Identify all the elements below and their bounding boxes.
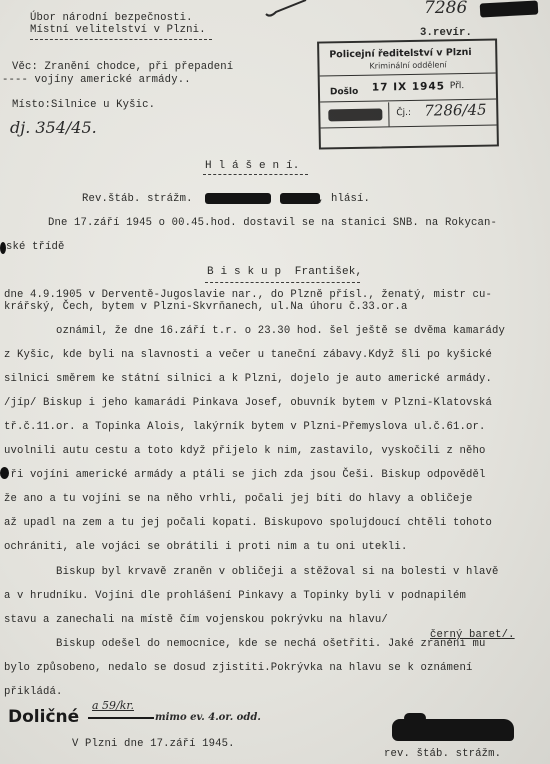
body-line: že ano a tu vojíni se na něho vrhli, poč… xyxy=(4,493,473,505)
attachment-label: Doličné xyxy=(8,707,79,727)
stamp-subtitle: Kriminální oddělení xyxy=(369,60,446,70)
stamp-received-label: Došlo xyxy=(330,87,358,97)
arrival-line-2: ské třídě xyxy=(6,241,65,253)
attachment-underline xyxy=(88,717,154,719)
attachment-note: mimo ev. 4.or. odd. xyxy=(155,712,261,723)
place-line: Místo:Silnice u Kyšic. xyxy=(12,99,155,111)
office-name: Úbor národní bezpečnosti. xyxy=(30,12,193,24)
body-line: tř.č.11.or. a Topinka Alois, lakýrník by… xyxy=(4,421,486,433)
subject-line1: Zranění chodce, při přepadení xyxy=(45,61,234,73)
signature-title: rev. štáb. strážm. xyxy=(384,748,501,760)
attachment-handwritten: a 59/kr. xyxy=(92,699,134,712)
body-line: z Kyšic, kde byli na slavnosti a večer u… xyxy=(4,349,492,361)
body-line: ři vojíni americké armády a ptáli se jic… xyxy=(4,469,486,481)
body-line: Biskup byl krvavě zraněn v obličeji a st… xyxy=(4,566,499,578)
body-line: bylo způsobeno, nedalo se dosud zjistiti… xyxy=(4,662,473,674)
stamp-received-date: 17 IX 1945 xyxy=(372,80,445,93)
body-line: stavu a zanechali na místě čím vojenskou… xyxy=(4,614,388,626)
person-name: B i s k u p František, xyxy=(207,266,362,278)
reporter-suffix: , hlásí. xyxy=(318,193,370,205)
stamp-redaction xyxy=(328,108,382,121)
body-line: ochrániti, ale vojáci se obrátili i prot… xyxy=(4,541,407,553)
reporter-prefix: Rev.štáb. strážm. xyxy=(82,193,193,205)
office-branch: Místní velitelství v Plzni. xyxy=(30,24,206,36)
body-line: oznámil, že dne 16.září t.r. o 23.30 hod… xyxy=(4,325,505,337)
person-name-underline xyxy=(205,282,360,283)
body-line: Biskup odešel do nemocnice, kde se nechá… xyxy=(4,638,486,650)
arrival-line-1: Dne 17.září 1945 o 00.45.hod. dostavil s… xyxy=(48,217,497,229)
body-line: až upadl na zem a tu jej počali kopati. … xyxy=(4,517,492,529)
stamp-number-label: Čj.: xyxy=(396,108,411,118)
underlined-beret: černý baret/. xyxy=(430,629,515,641)
body-line: přikládá. xyxy=(4,686,63,698)
subject-label-text: Věc: xyxy=(12,61,38,73)
reporter-surname-redaction xyxy=(280,193,320,204)
subject-line2: ---- vojíny americké armády.. xyxy=(2,74,191,86)
header-rule xyxy=(30,39,212,40)
stamp-attachment-label: Přl. xyxy=(450,81,465,91)
redaction-mark xyxy=(480,0,539,17)
checkmark-icon xyxy=(262,0,312,20)
reporter-name-redaction xyxy=(205,193,271,204)
body-line: silnici směrem ke státní silnici a k Plz… xyxy=(4,373,492,385)
scanned-document: Úbor národní bezpečnosti. Místní velitel… xyxy=(0,0,550,764)
stamp-number-value: 7286/45 xyxy=(424,101,487,120)
received-stamp: Policejní ředitelství v Plzni Kriminální… xyxy=(317,38,499,149)
place-and-date: V Plzni dne 17.září 1945. xyxy=(72,738,235,750)
district-label: 3.revír. xyxy=(420,27,472,39)
body-line: uvolnili autu cestu a toto když přijelo … xyxy=(4,445,486,457)
body-line: a v hrudníku. Vojíni dle prohlášení Pink… xyxy=(4,590,466,602)
stamp-title: Policejní ředitelství v Plzni xyxy=(329,47,471,60)
person-details-1: dne 4.9.1905 v Derventě-Jugoslavie nar.,… xyxy=(4,289,492,301)
title-underline xyxy=(203,174,308,175)
person-details-2: krářský, Čech, bytem v Plzni-Skvrňanech,… xyxy=(4,301,407,313)
punch-hole-mark-2 xyxy=(0,467,9,479)
signature-redaction-top xyxy=(404,713,426,723)
body-line: /jíp/ Biskup i jeho kamarádi Pinkava Jos… xyxy=(4,397,492,409)
handwritten-file-ref: dj. 354/45. xyxy=(10,118,97,137)
subject-label: Věc: Zranění chodce, při přepadení xyxy=(12,61,233,73)
handwritten-ref-number: 7286 xyxy=(424,0,467,18)
place-value: Silnice u Kyšic. xyxy=(51,99,155,111)
document-title: H l á š e n í. xyxy=(205,160,300,172)
place-label: Místo: xyxy=(12,99,51,111)
